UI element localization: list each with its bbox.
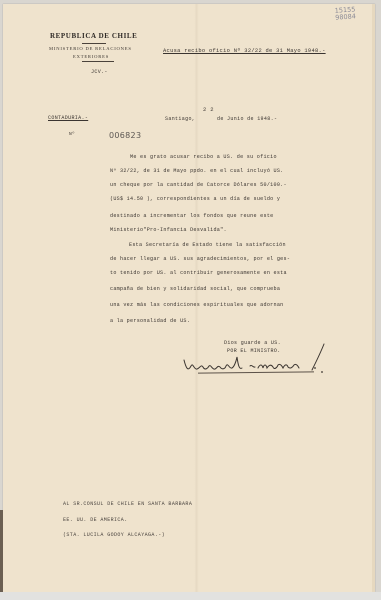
date-day: 2 2 — [203, 106, 214, 113]
signature-icon — [182, 342, 352, 382]
number-label: Nº — [69, 132, 75, 137]
body-line: Me es grato acusar recibo a US. de su of… — [130, 154, 277, 160]
body-line: una vez más las condiciones espirituales… — [110, 302, 284, 308]
archive-stamp: 15155 98084 — [335, 6, 357, 21]
date-month-year: de Junio de 1948.- — [217, 116, 277, 122]
page-edge-shadow — [0, 510, 3, 592]
department-text: CONTADURIA.- — [48, 115, 88, 121]
date-place: Santiago, — [165, 116, 195, 122]
letterhead-ministry-line2: EXTERIORES — [73, 54, 109, 59]
typist-initials: JCV.- — [91, 69, 108, 75]
letterhead-rule — [82, 61, 114, 62]
body-line: un cheque por la cantidad de Catorce Dól… — [110, 182, 287, 188]
body-line: Esta Secretaría de Estado tiene la satis… — [129, 242, 286, 248]
body-line: to tenido por US. al contribuir generosa… — [110, 270, 287, 276]
archive-number-2: 98084 — [335, 13, 356, 21]
page-edge — [372, 4, 375, 592]
body-line: a la personalidad de US. — [110, 318, 190, 324]
letterhead-rule — [82, 43, 106, 44]
body-line: Ministerio"Pro-Infancia Desvalida". — [110, 227, 227, 233]
letterhead-country: REPUBLICA DE CHILE — [50, 32, 137, 40]
scan-background — [0, 592, 381, 600]
body-line: Nº 32/22, de 31 de Mayo ppdo. en el cual… — [110, 168, 284, 174]
body-line: (US$ 14.50 ), correspondientes a un día … — [110, 196, 280, 202]
letterhead-ministry-line1: MINISTERIO DE RELACIONES — [49, 46, 132, 51]
document-number: 006823 — [109, 131, 141, 140]
reference-line: Acusa recibo oficio Nº 32/22 de 31 Mayo … — [163, 48, 326, 54]
body-line: de hacer llegar a US. sus agradecimiento… — [110, 256, 290, 262]
body-line: destinado a incrementar los fondos que r… — [110, 213, 274, 219]
addressee-line1: AL SR.CONSUL DE CHILE EN SANTA BARBARA — [63, 501, 192, 507]
department-label: CONTADURIA.- — [48, 115, 88, 121]
addressee-line2: EE. UU. DE AMERICA. — [63, 517, 128, 523]
addressee-line3: (STA. LUCILA GODOY ALCAYAGA.-) — [63, 532, 165, 538]
body-line: campaña de bien y solidaridad social, qu… — [110, 286, 280, 292]
